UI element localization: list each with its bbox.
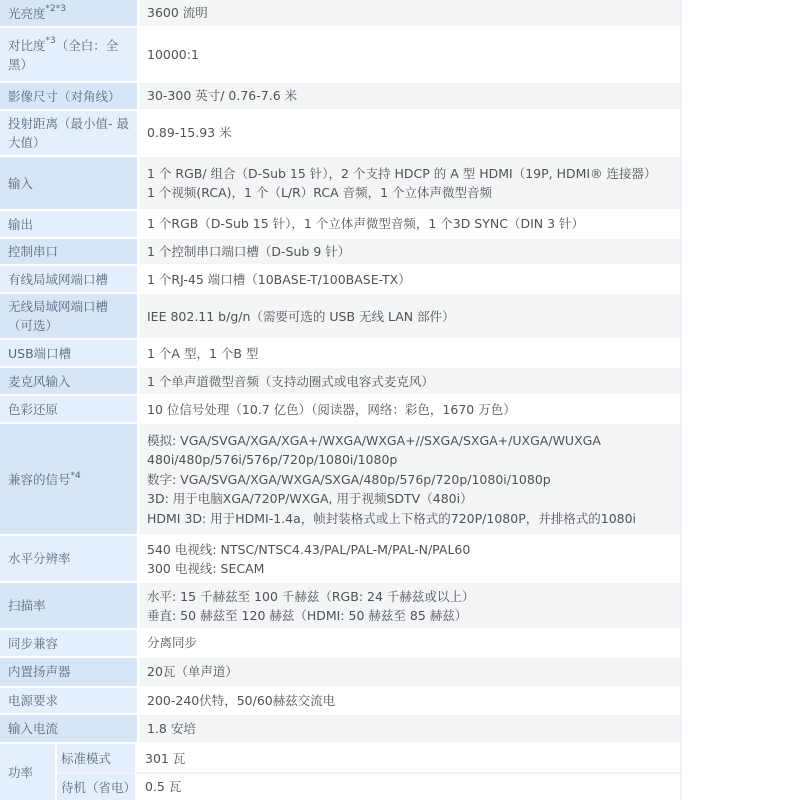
spec-label-superscript: *2*3 bbox=[46, 4, 66, 14]
spec-value-line: 540 电视线: NTSC/NTSC4.43/PAL/PAL-M/PAL-N/P… bbox=[147, 540, 672, 559]
spec-value-line: 3600 流明 bbox=[147, 3, 672, 22]
spec-row: 水平分辨率540 电视线: NTSC/NTSC4.43/PAL/PAL-M/PA… bbox=[0, 536, 680, 583]
spec-value-line: HDMI 3D: 用于HDMI-1.4a，帧封装格式或上下格式的720P/108… bbox=[147, 509, 672, 528]
spec-row: 光亮度*2*33600 流明 bbox=[0, 0, 680, 28]
spec-value: 0.89-15.93 米 bbox=[140, 111, 680, 157]
spec-label: 色彩还原 bbox=[0, 396, 140, 424]
spec-value: 1 个RJ-45 端口槽（10BASE-T/100BASE-TX） bbox=[140, 266, 680, 294]
spec-value-line: 10000:1 bbox=[147, 45, 672, 64]
spec-label-text: 电源要求 bbox=[8, 693, 58, 708]
power-subrow-label: 待机（省电） bbox=[57, 774, 138, 799]
spec-label-text: 无线局域网端口槽（可选） bbox=[8, 299, 108, 333]
spec-row: 色彩还原10 位信号处理（10.7 亿色）（阅读器，网络：彩色，1670 万色） bbox=[0, 396, 680, 424]
spec-row: 投射距离（最小值- 最大值）0.89-15.93 米 bbox=[0, 111, 680, 157]
spec-value-line: 垂直: 50 赫兹至 120 赫兹（HDMI: 50 赫兹至 85 赫兹） bbox=[147, 606, 672, 625]
spec-value-line: 1 个单声道微型音频（支持动圈式或电容式麦克风） bbox=[147, 372, 672, 391]
spec-value: 200-240伏特，50/60赫兹交流电 bbox=[140, 688, 680, 715]
projector-spec-table: 光亮度*2*33600 流明对比度*3（全白：全黑）10000:1影像尺寸（对角… bbox=[0, 0, 682, 800]
spec-row: 影像尺寸（对角线）30-300 英寸/ 0.76-7.6 米 bbox=[0, 83, 680, 111]
spec-label: 控制串口 bbox=[0, 239, 140, 266]
spec-value: 水平: 15 千赫兹至 100 千赫兹（RGB: 24 千赫兹或以上）垂直: 5… bbox=[140, 583, 680, 630]
spec-label-superscript: *4 bbox=[71, 471, 81, 481]
spec-row: 输入1 个 RGB/ 组合（D-Sub 15 针），2 个支持 HDCP 的 A… bbox=[0, 157, 680, 211]
spec-row: 无线局域网端口槽（可选）IEE 802.11 b/g/n（需要可选的 USB 无… bbox=[0, 294, 680, 340]
spec-value-line: 1 个RGB（D-Sub 15 针），1 个立体声微型音频，1 个3D SYNC… bbox=[147, 214, 672, 233]
spec-row: 内置扬声器20瓦（单声道） bbox=[0, 658, 680, 688]
spec-value-line: 30-300 英寸/ 0.76-7.6 米 bbox=[147, 86, 672, 105]
spec-label-text: 兼容的信号 bbox=[8, 472, 71, 487]
spec-value: 分离同步 bbox=[140, 630, 680, 657]
spec-value: 1.8 安培 bbox=[140, 715, 680, 744]
spec-label-text: 内置扬声器 bbox=[8, 664, 71, 679]
spec-value-line: 301 瓦 bbox=[145, 749, 672, 768]
spec-row: 有线局域网端口槽1 个RJ-45 端口槽（10BASE-T/100BASE-TX… bbox=[0, 266, 680, 294]
spec-label: 无线局域网端口槽（可选） bbox=[0, 294, 140, 340]
spec-row: 兼容的信号*4模拟: VGA/SVGA/XGA/XGA+/WXGA/WXGA+/… bbox=[0, 424, 680, 536]
spec-value: 10000:1 bbox=[140, 28, 680, 83]
spec-value-line: 10 位信号处理（10.7 亿色）（阅读器，网络：彩色，1670 万色） bbox=[147, 400, 672, 419]
spec-label-text: 输入 bbox=[8, 176, 33, 191]
spec-row: 扫描率水平: 15 千赫兹至 100 千赫兹（RGB: 24 千赫兹或以上）垂直… bbox=[0, 583, 680, 630]
power-subrow-value: 301 瓦 bbox=[138, 744, 680, 772]
spec-label-text: 对比度 bbox=[8, 38, 46, 53]
spec-row: 控制串口1 个控制串口端口槽（D-Sub 9 针） bbox=[0, 239, 680, 266]
spec-row: 输入电流1.8 安培 bbox=[0, 715, 680, 744]
spec-value-line: 480i/480p/576i/576p/720p/1080i/1080p bbox=[147, 450, 672, 469]
spec-label-text: 光亮度 bbox=[8, 6, 46, 21]
spec-label: 兼容的信号*4 bbox=[0, 424, 140, 536]
spec-row: 输出1 个RGB（D-Sub 15 针），1 个立体声微型音频，1 个3D SY… bbox=[0, 211, 680, 239]
spec-label-text: USB端口槽 bbox=[8, 346, 71, 361]
spec-label-text: 麦克风输入 bbox=[8, 374, 71, 389]
spec-label: 投射距离（最小值- 最大值） bbox=[0, 111, 140, 157]
spec-label: 影像尺寸（对角线） bbox=[0, 83, 140, 111]
spec-value-line: 1 个 RGB/ 组合（D-Sub 15 针），2 个支持 HDCP 的 A 型… bbox=[147, 164, 672, 183]
power-subrow: 标准模式301 瓦 bbox=[57, 744, 680, 772]
spec-label-text: 影像尺寸（对角线） bbox=[8, 89, 121, 104]
spec-value-line: 1 个视频(RCA)，1 个（L/R）RCA 音频，1 个立体声微型音频 bbox=[147, 183, 672, 202]
spec-value: 1 个 RGB/ 组合（D-Sub 15 针），2 个支持 HDCP 的 A 型… bbox=[140, 157, 680, 211]
spec-label: 光亮度*2*3 bbox=[0, 0, 140, 28]
spec-label-text: 控制串口 bbox=[8, 244, 58, 259]
spec-label-text: 同步兼容 bbox=[8, 636, 58, 651]
spec-row: 同步兼容分离同步 bbox=[0, 630, 680, 657]
spec-value: IEE 802.11 b/g/n（需要可选的 USB 无线 LAN 部件） bbox=[140, 294, 680, 340]
spec-label: 麦克风输入 bbox=[0, 368, 140, 396]
spec-label: 扫描率 bbox=[0, 583, 140, 630]
spec-row: 对比度*3（全白：全黑）10000:1 bbox=[0, 28, 680, 83]
spec-value: 540 电视线: NTSC/NTSC4.43/PAL/PAL-M/PAL-N/P… bbox=[140, 536, 680, 583]
spec-value: 模拟: VGA/SVGA/XGA/XGA+/WXGA/WXGA+//SXGA/S… bbox=[140, 424, 680, 536]
spec-row-power: 功率标准模式301 瓦待机（省电）0.5 瓦 bbox=[0, 744, 680, 799]
spec-value-line: 分离同步 bbox=[147, 633, 672, 652]
spec-label-text: 输出 bbox=[8, 217, 33, 232]
spec-label: 同步兼容 bbox=[0, 630, 140, 657]
power-label: 功率 bbox=[0, 744, 57, 799]
power-subrows: 标准模式301 瓦待机（省电）0.5 瓦 bbox=[57, 744, 680, 799]
spec-value: 30-300 英寸/ 0.76-7.6 米 bbox=[140, 83, 680, 111]
spec-row: USB端口槽1 个A 型，1 个B 型 bbox=[0, 340, 680, 368]
spec-value-line: 0.5 瓦 bbox=[145, 777, 672, 796]
spec-value-line: IEE 802.11 b/g/n（需要可选的 USB 无线 LAN 部件） bbox=[147, 307, 672, 326]
spec-label: 输入电流 bbox=[0, 715, 140, 744]
spec-label-text: 水平分辨率 bbox=[8, 551, 71, 566]
power-subrow: 待机（省电）0.5 瓦 bbox=[57, 772, 680, 799]
spec-label: 输出 bbox=[0, 211, 140, 239]
spec-value: 10 位信号处理（10.7 亿色）（阅读器，网络：彩色，1670 万色） bbox=[140, 396, 680, 424]
spec-label-text: 有线局域网端口槽 bbox=[8, 272, 108, 287]
spec-label-superscript: *3 bbox=[46, 36, 56, 46]
spec-label: 对比度*3（全白：全黑） bbox=[0, 28, 140, 83]
spec-value: 1 个RGB（D-Sub 15 针），1 个立体声微型音频，1 个3D SYNC… bbox=[140, 211, 680, 239]
spec-value: 1 个A 型，1 个B 型 bbox=[140, 340, 680, 368]
spec-label: 电源要求 bbox=[0, 688, 140, 715]
spec-value-line: 模拟: VGA/SVGA/XGA/XGA+/WXGA/WXGA+//SXGA/S… bbox=[147, 431, 672, 450]
spec-value: 1 个单声道微型音频（支持动圈式或电容式麦克风） bbox=[140, 368, 680, 396]
spec-value-line: 数字: VGA/SVGA/XGA/WXGA/SXGA/480p/576p/720… bbox=[147, 470, 672, 489]
spec-value-line: 水平: 15 千赫兹至 100 千赫兹（RGB: 24 千赫兹或以上） bbox=[147, 587, 672, 606]
power-subrow-label: 标准模式 bbox=[57, 744, 138, 772]
spec-value: 20瓦（单声道） bbox=[140, 658, 680, 688]
spec-row: 麦克风输入1 个单声道微型音频（支持动圈式或电容式麦克风） bbox=[0, 368, 680, 396]
spec-label-text: 扫描率 bbox=[8, 598, 46, 613]
spec-value-line: 1 个RJ-45 端口槽（10BASE-T/100BASE-TX） bbox=[147, 270, 672, 289]
spec-value-line: 1 个A 型，1 个B 型 bbox=[147, 344, 672, 363]
power-subrow-value: 0.5 瓦 bbox=[138, 774, 680, 799]
spec-value-line: 3D: 用于电脑XGA/720P/WXGA, 用于视频SDTV（480i） bbox=[147, 489, 672, 508]
spec-label: 内置扬声器 bbox=[0, 658, 140, 688]
spec-label: 水平分辨率 bbox=[0, 536, 140, 583]
spec-value-line: 200-240伏特，50/60赫兹交流电 bbox=[147, 691, 672, 710]
spec-label: USB端口槽 bbox=[0, 340, 140, 368]
spec-value-line: 20瓦（单声道） bbox=[147, 662, 672, 681]
spec-row: 电源要求200-240伏特，50/60赫兹交流电 bbox=[0, 688, 680, 715]
spec-label-text: 色彩还原 bbox=[8, 402, 58, 417]
spec-label-text: 输入电流 bbox=[8, 721, 58, 736]
spec-value: 3600 流明 bbox=[140, 0, 680, 28]
spec-value-line: 1 个控制串口端口槽（D-Sub 9 针） bbox=[147, 242, 672, 261]
spec-label-text: 投射距离（最小值- 最大值） bbox=[8, 116, 129, 150]
spec-value-line: 300 电视线: SECAM bbox=[147, 559, 672, 578]
spec-value-line: 0.89-15.93 米 bbox=[147, 123, 672, 142]
spec-value-line: 1.8 安培 bbox=[147, 719, 672, 738]
spec-value: 1 个控制串口端口槽（D-Sub 9 针） bbox=[140, 239, 680, 266]
spec-label: 输入 bbox=[0, 157, 140, 211]
spec-label: 有线局域网端口槽 bbox=[0, 266, 140, 294]
